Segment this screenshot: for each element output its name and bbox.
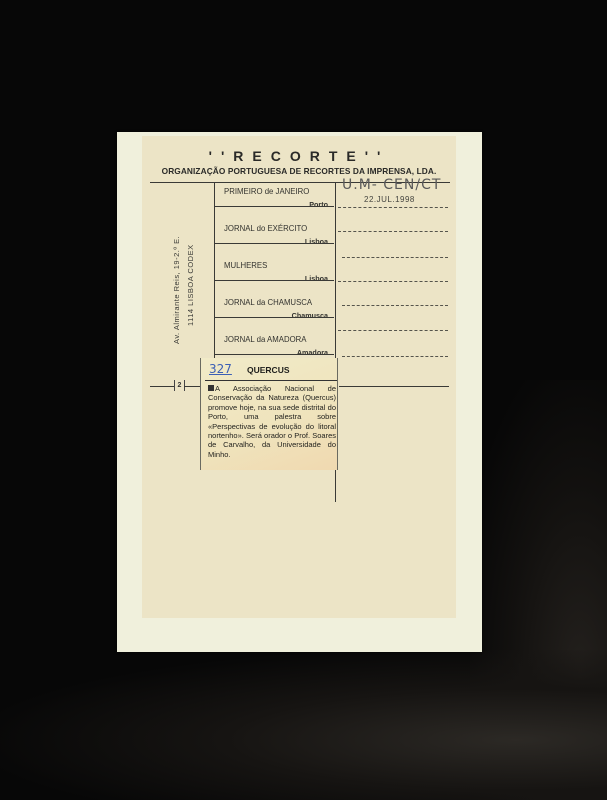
row-rule <box>214 317 334 318</box>
publication-city: Lisboa <box>305 237 328 246</box>
newspaper-clipping: 327 QUERCUS A Associação Nacional de Con… <box>200 358 338 470</box>
form-subtitle: ORGANIZAÇÃO PORTUGUESA DE RECORTES DA IM… <box>142 166 456 176</box>
date-stamp: 22.JUL.1998 <box>364 195 415 204</box>
clipping-text: A Associação Nacional de Conservação da … <box>208 384 336 459</box>
row-rule <box>214 243 334 244</box>
entry-line <box>338 330 448 331</box>
publication-city: Porto <box>309 200 328 209</box>
form-title: ''RECORTE'' <box>142 148 456 164</box>
bottom-rule-left <box>150 386 174 387</box>
square-bullet-icon <box>208 385 214 391</box>
publication-name: JORNAL da CHAMUSCA <box>224 298 312 307</box>
publication-row: PRIMEIRO de JANEIROPorto <box>214 182 334 219</box>
address-line-2: 1114 LISBOA CODEX <box>186 244 195 326</box>
clipping-headline: QUERCUS <box>247 365 290 375</box>
row-rule <box>214 354 334 355</box>
entry-line <box>342 356 448 357</box>
entry-line <box>342 305 448 306</box>
publication-name: JORNAL da AMADORA <box>224 335 306 344</box>
clipping-number: 327 <box>209 362 232 376</box>
entry-line <box>338 281 448 282</box>
publication-row: JORNAL do EXÉRCITOLisboa <box>214 219 334 256</box>
bottom-rule-right <box>339 386 449 387</box>
address-line-1: Av. Almirante Reis, 19-2.º E. <box>172 236 181 344</box>
handwritten-annotation: U.M- CEN/CT <box>342 177 441 193</box>
publication-city: Lisboa <box>305 274 328 283</box>
publication-name: MULHERES <box>224 261 267 270</box>
publication-name: PRIMEIRO de JANEIRO <box>224 187 309 196</box>
row-rule <box>214 206 334 207</box>
publication-row: MULHERESLisboa <box>214 256 334 293</box>
clipping-body: A Associação Nacional de Conservação da … <box>208 384 336 459</box>
clipping-rule <box>205 380 337 381</box>
entry-line <box>338 207 448 208</box>
entry-line <box>342 257 448 258</box>
publication-city: Amadora <box>297 348 328 357</box>
row-rule <box>214 280 334 281</box>
entry-line <box>338 231 448 232</box>
publication-name: JORNAL do EXÉRCITO <box>224 224 307 233</box>
publication-city: Chamusca <box>292 311 328 320</box>
bottom-rule-mid <box>184 386 200 387</box>
publication-row: JORNAL da CHAMUSCAChamusca <box>214 293 334 330</box>
scan-background-shadow <box>0 650 607 800</box>
